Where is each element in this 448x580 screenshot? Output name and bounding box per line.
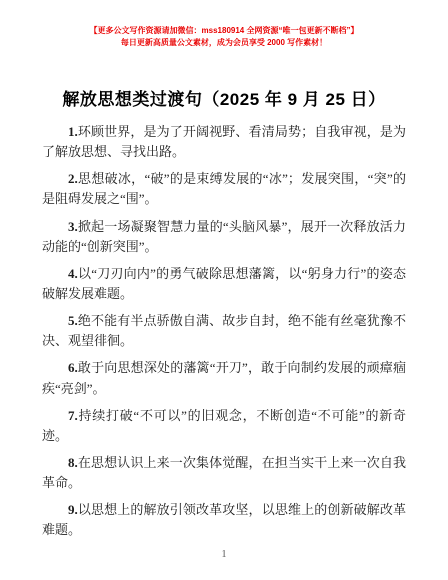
paragraph-number: 4.: [68, 266, 78, 281]
document-body: 1.环顾世界，是为了开阔视野、看清局势；自我审视，是为了解放思想、寻找出路。 2…: [0, 122, 448, 541]
page-number: 1: [0, 549, 448, 560]
document-title: 解放思想类过渡句（2025 年 9 月 25 日）: [20, 85, 428, 110]
paragraph: 1.环顾世界，是为了开阔视野、看清局势；自我审视，是为了解放思想、寻找出路。: [42, 122, 406, 162]
paragraph: 8.在思想认识上来一次集体觉醒，在担当实干上来一次自我革命。: [42, 453, 406, 493]
watermark-header: 【更多公文写作资源请加微信：mss180914 全网资源“唯一包更新不断档”】 …: [0, 0, 448, 49]
paragraph: 5.绝不能有半点骄傲自满、故步自封，绝不能有丝毫犹豫不决、观望徘徊。: [42, 311, 406, 351]
document-page: 【更多公文写作资源请加微信：mss180914 全网资源“唯一包更新不断档”】 …: [0, 0, 448, 580]
paragraph-number: 5.: [68, 313, 78, 328]
paragraph: 4.以“刀刃向内”的勇气破除思想藩篱，以“躬身力行”的姿态破解发展难题。: [42, 264, 406, 304]
paragraph-text: 在思想认识上来一次集体觉醒，在担当实干上来一次自我革命。: [42, 455, 406, 490]
paragraph-text: 敢于向思想深处的藩篱“开刀”，敢于向制约发展的顽瘴痼疾“亮剑”。: [42, 360, 406, 395]
paragraph-text: 思想破冰，“破”的是束缚发展的“冰”；发展突围，“突”的是阻碍发展之“围”。: [42, 171, 406, 206]
paragraph: 6.敢于向思想深处的藩篱“开刀”，敢于向制约发展的顽瘴痼疾“亮剑”。: [42, 358, 406, 398]
paragraph: 2.思想破冰，“破”的是束缚发展的“冰”；发展突围，“突”的是阻碍发展之“围”。: [42, 169, 406, 209]
paragraph-text: 绝不能有半点骄傲自满、故步自封，绝不能有丝毫犹豫不决、观望徘徊。: [42, 313, 406, 348]
paragraph-text: 以思想上的解放引领改革攻坚，以思维上的创新破解改革难题。: [42, 502, 406, 537]
paragraph: 3.掀起一场凝聚智慧力量的“头脑风暴”，展开一次释放活力动能的“创新突围”。: [42, 217, 406, 257]
paragraph: 9.以思想上的解放引领改革攻坚，以思维上的创新破解改革难题。: [42, 500, 406, 540]
paragraph: 7.持续打破“不可以”的旧观念，不断创造“不可能”的新奇迹。: [42, 406, 406, 446]
paragraph-text: 以“刀刃向内”的勇气破除思想藩篱，以“躬身力行”的姿态破解发展难题。: [42, 266, 406, 301]
paragraph-number: 8.: [68, 455, 78, 470]
paragraph-text: 持续打破“不可以”的旧观念，不断创造“不可能”的新奇迹。: [42, 408, 406, 443]
watermark-line-2: 每日更新高质量公文素材，成为会员享受 2000 写作素材！: [0, 37, 448, 49]
paragraph-number: 6.: [68, 360, 78, 375]
paragraph-number: 3.: [68, 219, 78, 234]
watermark-line-1: 【更多公文写作资源请加微信：mss180914 全网资源“唯一包更新不断档”】: [0, 25, 448, 37]
paragraph-number: 7.: [68, 408, 78, 423]
paragraph-number: 2.: [68, 171, 78, 186]
paragraph-text: 掀起一场凝聚智慧力量的“头脑风暴”，展开一次释放活力动能的“创新突围”。: [42, 219, 406, 254]
paragraph-number: 9.: [68, 502, 78, 517]
paragraph-number: 1.: [68, 124, 78, 139]
paragraph-text: 环顾世界，是为了开阔视野、看清局势；自我审视，是为了解放思想、寻找出路。: [42, 124, 406, 159]
